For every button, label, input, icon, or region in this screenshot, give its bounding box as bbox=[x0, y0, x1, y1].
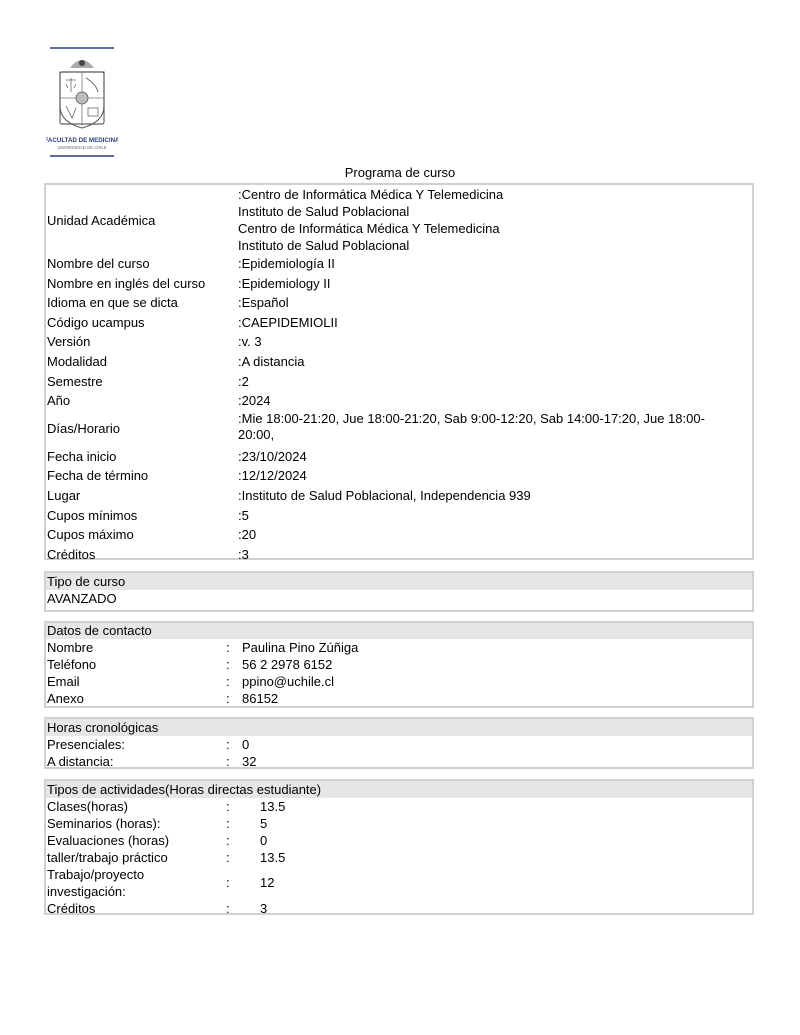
item-value: Paulina Pino Zúñiga bbox=[242, 639, 358, 656]
field-label: Versión bbox=[47, 332, 90, 352]
table-row: Nombre en inglés del curso:Epidemiology … bbox=[47, 274, 752, 294]
table-row: Unidad Académica:Centro de Informática M… bbox=[47, 186, 752, 254]
item-value: 13.5 bbox=[260, 798, 285, 815]
separator-colon: : bbox=[226, 815, 230, 832]
item-value: 0 bbox=[242, 736, 249, 753]
hours-section: Horas cronológicas Presenciales::0A dist… bbox=[44, 717, 754, 769]
separator-colon: : bbox=[226, 736, 230, 753]
list-item: Anexo:86152 bbox=[46, 690, 752, 707]
separator-colon: : bbox=[226, 900, 230, 917]
field-value: :Centro de Informática Médica Y Telemedi… bbox=[238, 186, 732, 254]
table-row: Código ucampus:CAEPIDEMIOLII bbox=[47, 313, 752, 333]
item-value: 56 2 2978 6152 bbox=[242, 656, 332, 673]
field-label: Nombre del curso bbox=[47, 254, 150, 274]
page-title: Programa de curso bbox=[0, 165, 800, 180]
course-type-text: AVANZADO bbox=[47, 590, 117, 607]
item-value: 32 bbox=[242, 753, 256, 770]
field-label: Nombre en inglés del curso bbox=[47, 274, 205, 294]
item-label: Teléfono bbox=[47, 656, 96, 673]
separator-colon: : bbox=[226, 832, 230, 849]
item-label: Presenciales: bbox=[47, 736, 125, 753]
field-label: Días/Horario bbox=[47, 421, 120, 437]
list-item: Trabajo/proyecto investigación::12 bbox=[46, 866, 752, 900]
field-value: :Mie 18:00-21:20, Jue 18:00-21:20, Sab 9… bbox=[238, 411, 732, 443]
svg-text:UNIVERSIDAD DE CHILE: UNIVERSIDAD DE CHILE bbox=[57, 145, 106, 150]
table-row: Versión:v. 3 bbox=[47, 332, 752, 352]
faculty-logo: FACULTAD DE MEDICINA UNIVERSIDAD DE CHIL… bbox=[46, 46, 118, 158]
item-label: Email bbox=[47, 673, 80, 690]
item-value: 12 bbox=[260, 874, 274, 891]
svg-text:FACULTAD DE MEDICINA: FACULTAD DE MEDICINA bbox=[46, 137, 118, 144]
section-header: Tipo de curso bbox=[46, 573, 752, 590]
section-header: Datos de contacto bbox=[46, 623, 752, 639]
item-label: Anexo bbox=[47, 690, 84, 707]
list-item: Clases(horas):13.5 bbox=[46, 798, 752, 815]
list-item: taller/trabajo práctico:13.5 bbox=[46, 849, 752, 866]
field-value: :A distancia bbox=[238, 352, 732, 372]
list-item: Créditos:3 bbox=[46, 900, 752, 917]
field-value: :CAEPIDEMIOLII bbox=[238, 313, 732, 333]
course-type-section: Tipo de curso AVANZADO bbox=[44, 571, 754, 612]
item-label: Evaluaciones (horas) bbox=[47, 832, 169, 849]
field-label: Fecha inicio bbox=[47, 447, 116, 467]
field-label: Cupos máximo bbox=[47, 525, 134, 545]
separator-colon: : bbox=[226, 639, 230, 656]
item-value: 0 bbox=[260, 832, 267, 849]
separator-colon: : bbox=[226, 673, 230, 690]
field-value: :2024 bbox=[238, 391, 732, 411]
table-row: Lugar:Instituto de Salud Poblacional, In… bbox=[47, 486, 752, 506]
field-value: :Epidemiología II bbox=[238, 254, 732, 274]
list-item: Presenciales::0 bbox=[46, 736, 752, 753]
field-label: Modalidad bbox=[47, 352, 107, 372]
field-label: Semestre bbox=[47, 372, 103, 392]
field-value: :2 bbox=[238, 372, 732, 392]
table-row: Modalidad:A distancia bbox=[47, 352, 752, 372]
list-item: Email:ppino@uchile.cl bbox=[46, 673, 752, 690]
item-value: 13.5 bbox=[260, 849, 285, 866]
field-label: Fecha de término bbox=[47, 466, 148, 486]
item-label: A distancia: bbox=[47, 753, 114, 770]
item-label: Seminarios (horas): bbox=[47, 815, 160, 832]
section-header: Tipos de actividades(Horas directas estu… bbox=[46, 781, 752, 798]
item-value: 5 bbox=[260, 815, 267, 832]
table-row: Idioma en que se dicta:Español bbox=[47, 293, 752, 313]
table-row: Nombre del curso:Epidemiología II bbox=[47, 254, 752, 274]
separator-colon: : bbox=[226, 849, 230, 866]
item-value: ppino@uchile.cl bbox=[242, 673, 334, 690]
list-item: A distancia::32 bbox=[46, 753, 752, 770]
item-label: Trabajo/proyecto investigación: bbox=[47, 866, 197, 900]
field-label: Unidad Académica bbox=[47, 212, 155, 229]
item-label: taller/trabajo práctico bbox=[47, 849, 168, 866]
table-row: Cupos mínimos:5 bbox=[47, 506, 752, 526]
table-row: Semestre:2 bbox=[47, 372, 752, 392]
course-type-value: AVANZADO bbox=[46, 590, 752, 607]
list-item: Teléfono:56 2 2978 6152 bbox=[46, 656, 752, 673]
section-header: Horas cronológicas bbox=[46, 719, 752, 736]
field-label: Código ucampus bbox=[47, 313, 145, 333]
field-value: :12/12/2024 bbox=[238, 466, 732, 486]
field-value: :5 bbox=[238, 506, 732, 526]
university-crest-icon: FACULTAD DE MEDICINA UNIVERSIDAD DE CHIL… bbox=[46, 46, 118, 158]
list-item: Nombre:Paulina Pino Zúñiga bbox=[46, 639, 752, 656]
course-info-table: Unidad Académica:Centro de Informática M… bbox=[44, 183, 754, 560]
table-row: Fecha de término:12/12/2024 bbox=[47, 466, 752, 486]
table-row: Año:2024 bbox=[47, 391, 752, 411]
field-value: :Instituto de Salud Poblacional, Indepen… bbox=[238, 486, 732, 506]
table-row: Cupos máximo:20 bbox=[47, 525, 752, 545]
separator-colon: : bbox=[226, 753, 230, 770]
separator-colon: : bbox=[226, 656, 230, 673]
field-label: Cupos mínimos bbox=[47, 506, 137, 526]
table-row: Créditos:3 bbox=[47, 545, 752, 565]
field-label: Idioma en que se dicta bbox=[47, 293, 178, 313]
field-value: :Epidemiology II bbox=[238, 274, 732, 294]
list-item: Evaluaciones (horas):0 bbox=[46, 832, 752, 849]
separator-colon: : bbox=[226, 874, 230, 891]
field-value: :3 bbox=[238, 545, 732, 565]
contact-section: Datos de contacto Nombre:Paulina Pino Zú… bbox=[44, 621, 754, 708]
field-label: Créditos bbox=[47, 545, 95, 565]
separator-colon: : bbox=[226, 798, 230, 815]
item-value: 86152 bbox=[242, 690, 278, 707]
field-value: :Español bbox=[238, 293, 732, 313]
table-row: Días/Horario:Mie 18:00-21:20, Jue 18:00-… bbox=[47, 411, 752, 447]
item-label: Nombre bbox=[47, 639, 93, 656]
field-value: :23/10/2024 bbox=[238, 447, 732, 467]
separator-colon: : bbox=[226, 690, 230, 707]
list-item: Seminarios (horas)::5 bbox=[46, 815, 752, 832]
table-row: Fecha inicio:23/10/2024 bbox=[47, 447, 752, 467]
field-label: Año bbox=[47, 391, 70, 411]
item-label: Clases(horas) bbox=[47, 798, 128, 815]
activities-section: Tipos de actividades(Horas directas estu… bbox=[44, 779, 754, 915]
field-value: :20 bbox=[238, 525, 732, 545]
field-label: Lugar bbox=[47, 486, 80, 506]
item-value: 3 bbox=[260, 900, 267, 917]
item-label: Créditos bbox=[47, 900, 95, 917]
field-value: :v. 3 bbox=[238, 332, 732, 352]
